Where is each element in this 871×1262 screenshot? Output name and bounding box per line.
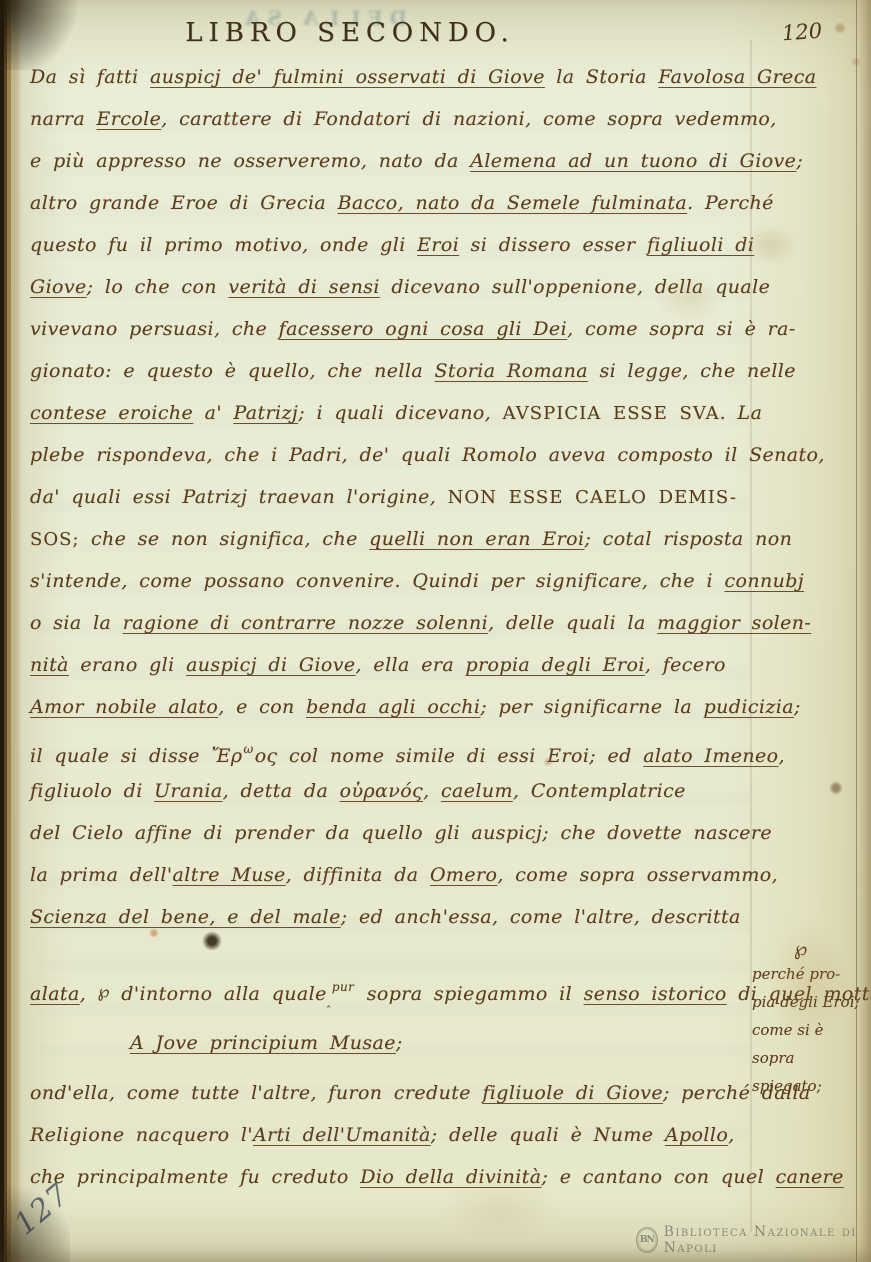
text-segment: Omero — [430, 864, 497, 886]
text-segment: figliuole di Giove — [482, 1082, 663, 1104]
text-segment: facessero ogni cosa gli Dei — [279, 318, 567, 340]
text-segment: Amor nobile alato — [30, 696, 218, 718]
text-segment: , — [80, 983, 98, 1005]
text-segment: d'intorno alla quale — [110, 983, 327, 1005]
text-segment: Patrizj — [233, 402, 298, 424]
text-segment: nità — [30, 654, 69, 676]
text-segment: Giove — [30, 276, 87, 298]
text-segment: Ercole — [97, 108, 162, 130]
text-segment: Scienza del bene, e del male — [30, 906, 341, 928]
text-segment: da' quali essi Patrizj traevan l'origine… — [30, 486, 448, 508]
text-segment: , — [423, 780, 441, 802]
text-segment: s'intende, come possano convenire. Quind… — [30, 570, 724, 592]
text-segment: plebe rispondeva, che i Padri, de' quali… — [30, 444, 825, 466]
text-segment: ; e cantano con quel — [541, 1166, 775, 1188]
text-segment: che principalmente fu creduto — [30, 1166, 360, 1188]
manuscript-line: o sia la ragione di contrarre nozze sole… — [30, 602, 750, 644]
text-segment: alato Imeneo — [643, 745, 778, 767]
text-segment: ος — [255, 745, 278, 767]
manuscript-line: Da sì fatti auspicj de' fulmini osservat… — [30, 56, 750, 98]
manuscript-line: s'intende, come possano convenire. Quind… — [30, 560, 750, 602]
text-segment: erano gli — [69, 654, 186, 676]
text-segment: narra — [30, 108, 97, 130]
marginal-note: ℘ perché pro-pia degli Eroi;come si è so… — [752, 938, 867, 1100]
text-segment: . Perché — [687, 192, 774, 214]
page-crease — [750, 40, 752, 1232]
text-segment: AVSPICIA ESSE SVA — [503, 403, 720, 424]
text-segment: auspicj de' fulmini osservati di Giove — [150, 66, 545, 88]
text-segment: caelum — [441, 780, 513, 802]
text-segment: Apollo — [665, 1124, 728, 1146]
manuscript-line: vivevano persuasi, che facessero ogni co… — [30, 308, 750, 350]
manuscript-line: Giove; lo che con verità di sensi diceva… — [30, 266, 750, 308]
corner-shadow-top — [0, 0, 90, 70]
text-segment: ; per significarne la — [480, 696, 703, 718]
text-segment: , — [728, 1124, 734, 1146]
text-segment: si dissero esser — [459, 234, 647, 256]
text-segment: . La — [720, 402, 763, 424]
manuscript-line: ond'ella, come tutte l'altre, furon cred… — [30, 1072, 750, 1114]
text-segment: quelli non eran Eroi — [369, 528, 584, 550]
text-segment: ; ed anch'essa, come l'altre, descritta — [341, 906, 741, 928]
manuscript-line: e più appresso ne osserveremo, nato da A… — [30, 140, 750, 182]
text-segment: , detta da — [223, 780, 340, 802]
manuscript-line: la prima dell'altre Muse, diffinita da O… — [30, 854, 750, 896]
text-segment: , fecero — [645, 654, 726, 676]
manuscript-line: contese eroiche a' Patrizj; i quali dice… — [30, 392, 750, 434]
text-segment: altre Muse — [173, 864, 286, 886]
text-segment: Dio della divinità — [360, 1166, 541, 1188]
manuscript-line: questo fu il primo motivo, onde gli Eroi… — [30, 224, 750, 266]
text-segment: gionato: e questo è quello, che nella — [30, 360, 435, 382]
text-segment: o sia la — [30, 612, 123, 634]
manuscript-line: Religione nacquero l'Arti dell'Umanità; … — [30, 1114, 750, 1156]
text-segment: si legge, che nelle — [588, 360, 796, 382]
text-segment: ; cotal risposta non — [584, 528, 792, 550]
text-segment: ; i quali dicevano, — [298, 402, 502, 424]
manuscript-line: del Cielo affine di prender da quello gl… — [30, 812, 750, 854]
text-segment: il quale si disse — [30, 745, 211, 767]
manuscript-line: Scienza del bene, e del male; ed anch'es… — [30, 896, 750, 938]
manuscript-line: che principalmente fu creduto Dio della … — [30, 1156, 750, 1198]
text-segment: ; — [796, 150, 803, 172]
text-segment: ragione di contrarre nozze solenni — [123, 612, 488, 634]
manuscript-line: narra Ercole, carattere di Fondatori di … — [30, 98, 750, 140]
text-segment: dicevano sull'oppenione, della quale — [380, 276, 770, 298]
text-segment: ; lo che con — [87, 276, 229, 298]
text-segment: , come sopra osservammo, — [497, 864, 778, 886]
text-segment: maggior solen- — [657, 612, 811, 634]
text-segment: la prima dell' — [30, 864, 173, 886]
text-segment: , carattere di Fondatori di nazioni, com… — [161, 108, 776, 130]
library-monogram-icon: BN — [636, 1227, 658, 1253]
text-segment: Ἔρ — [211, 745, 242, 767]
text-segment: ‸ — [327, 995, 331, 1008]
text-segment: vivevano persuasi, che — [30, 318, 279, 340]
page-title: LIBRO SECONDO. — [120, 18, 580, 48]
text-segment: Alemena ad un tuono di Giove — [470, 150, 796, 172]
corner-shadow-bottom — [0, 1172, 70, 1262]
marginal-note-line: pia degli Eroi; — [752, 988, 867, 1016]
text-segment: , Contemplatrice — [513, 780, 686, 802]
text-segment: SOS; — [30, 529, 80, 550]
library-watermark: BN Biblioteca Nazionale di Napoli — [636, 1224, 871, 1256]
marginal-note-line: perché pro- — [752, 960, 867, 988]
marginal-note-line: spiegato; — [752, 1072, 867, 1100]
text-segment: Storia Romana — [435, 360, 588, 382]
text-segment: questo fu il primo motivo, onde gli — [30, 234, 417, 256]
text-segment: alata — [30, 983, 80, 1005]
text-segment: la Storia — [545, 66, 659, 88]
text-segment: che se non significa, che — [80, 528, 370, 550]
text-segment: , come sopra si è ra- — [567, 318, 796, 340]
manuscript-line: nità erano gli auspicj di Giove, ella er… — [30, 644, 750, 686]
text-segment: ω — [244, 742, 254, 756]
text-segment: figliuoli di — [647, 234, 754, 256]
text-segment: οὐρανός — [340, 780, 423, 802]
manuscript-line: Amor nobile alato, e con benda agli occh… — [30, 686, 750, 728]
manuscript-line: gionato: e questo è quello, che nella St… — [30, 350, 750, 392]
manuscript-line: alata, ℘ d'intorno alla quale‸pur sopra … — [30, 966, 750, 1008]
manuscript-line: altro grande Eroe di Grecia Bacco, nato … — [30, 182, 750, 224]
text-segment: ℘ — [98, 982, 110, 1002]
text-segment: benda agli occhi — [306, 696, 480, 718]
text-segment: Bacco, nato da Semele fulminata — [338, 192, 688, 214]
text-segment: a' — [193, 402, 233, 424]
text-segment: , — [779, 745, 785, 767]
text-segment: connubj — [724, 570, 804, 592]
page-edge — [856, 0, 871, 1262]
text-segment: Urania — [154, 780, 222, 802]
text-segment: pur — [332, 980, 354, 994]
text-segment: ond'ella, come tutte l'altre, furon cred… — [30, 1082, 482, 1104]
text-segment: Eroi — [417, 234, 459, 256]
manuscript-body: Da sì fatti auspicj de' fulmini osservat… — [30, 56, 750, 1198]
binding-edge — [0, 0, 22, 1262]
text-segment: Favolosa Greca — [658, 66, 816, 88]
manuscript-line: figliuolo di Urania, detta da οὐρανός, c… — [30, 770, 750, 812]
text-segment: Religione nacquero l' — [30, 1124, 253, 1146]
text-segment: auspicj di Giove — [186, 654, 355, 676]
text-segment: , diffinita da — [286, 864, 430, 886]
manuscript-line: A Jove principium Musae; — [30, 1022, 750, 1064]
text-segment: ; — [794, 696, 801, 718]
manuscript-line: SOS; che se non significa, che quelli no… — [30, 518, 750, 560]
text-segment: contese eroiche — [30, 402, 193, 424]
manuscript-line: da' quali essi Patrizj traevan l'origine… — [30, 476, 750, 518]
text-segment: e più appresso ne osserveremo, nato da — [30, 150, 470, 172]
text-segment: pudicizia — [704, 696, 794, 718]
text-segment: canere — [776, 1166, 844, 1188]
text-segment: col nome simile di essi Eroi; ed — [278, 745, 644, 767]
library-watermark-label: Biblioteca Nazionale di Napoli — [664, 1224, 871, 1256]
manuscript-line: il quale si disse Ἔρωος col nome simile … — [30, 728, 750, 770]
text-segment: , e con — [218, 696, 306, 718]
text-segment: del Cielo affine di prender da quello gl… — [30, 822, 772, 844]
text-segment: , delle quali la — [488, 612, 657, 634]
manuscript-page: DELLA SA LIBRO SECONDO. 120 Da sì fatti … — [0, 0, 871, 1262]
folio-number: 120 — [781, 19, 823, 46]
text-segment: ; delle quali è Nume — [431, 1124, 665, 1146]
text-segment: , ella era — [356, 654, 466, 676]
text-segment: sopra spiegammo il — [355, 983, 583, 1005]
text-segment: senso istorico — [584, 983, 727, 1005]
text-segment: A Jove principium Musae — [130, 1032, 396, 1054]
text-segment: NON ESSE CAELO DEMIS- — [448, 487, 737, 508]
text-segment: propia degli Eroi — [466, 654, 645, 676]
text-segment: figliuolo di — [30, 780, 154, 802]
text-segment: ; — [396, 1032, 403, 1054]
text-segment: Arti dell'Umanità — [253, 1124, 431, 1146]
text-segment: verità di sensi — [228, 276, 379, 298]
text-segment: altro grande Eroe di Grecia — [30, 192, 338, 214]
manuscript-line: plebe rispondeva, che i Padri, de' quali… — [30, 434, 750, 476]
marginal-note-line: come si è sopra — [752, 1016, 867, 1072]
